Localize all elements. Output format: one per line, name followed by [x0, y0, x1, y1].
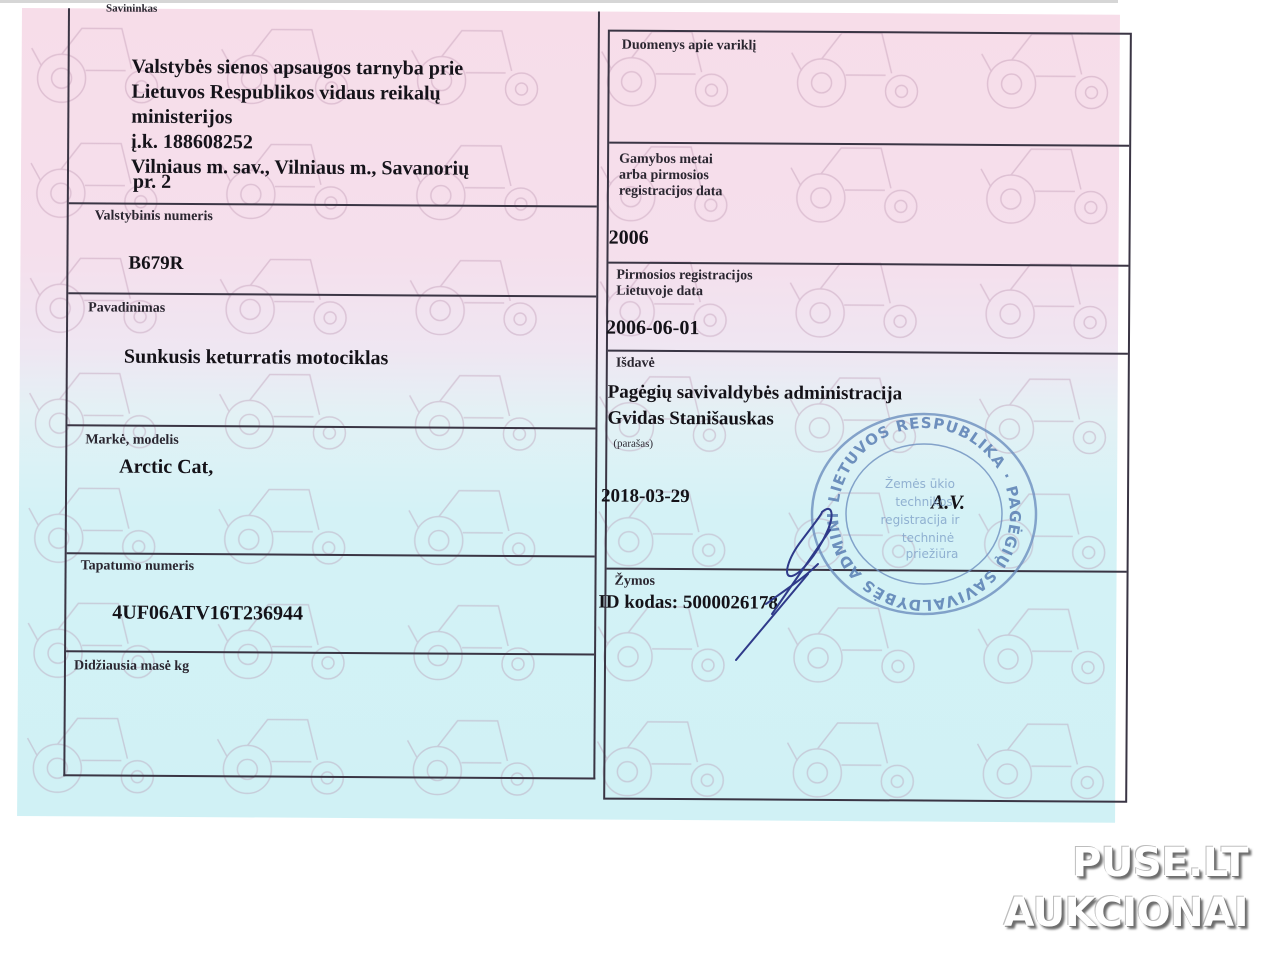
vin-field: Tapatumo numeris 4UF06ATV16T236944	[66, 554, 595, 655]
plate-field: Valstybinis numeris B679R	[68, 204, 597, 297]
vin-value: 4UF06ATV16T236944	[112, 601, 303, 627]
vin-label: Tapatumo numeris	[81, 558, 195, 575]
max-mass-field: Didžiausia masė kg	[65, 652, 594, 775]
owner-line: Lietuvos Respublikos vidaus reikalų	[131, 80, 469, 107]
owner-line: į.k. 188608252	[131, 130, 469, 157]
first-registration-field: Pirmosios registracijos Lietuvoje data 2…	[608, 264, 1129, 355]
watermark: PUSE.LT AUKCIONAI	[1004, 838, 1248, 938]
right-column: Duomenys apie variklį Gamybos metai arba…	[603, 30, 1132, 803]
issued-field: Išdavė Pagėgių savivaldybės administraci…	[607, 352, 1128, 573]
name-field: Pavadinimas Sunkusis keturratis motocikl…	[67, 294, 596, 429]
top-border	[0, 0, 1118, 3]
name-label: Pavadinimas	[88, 300, 165, 316]
manufacture-label: Gamybos metai arba pirmosios registracij…	[619, 152, 723, 201]
plate-label: Valstybinis numeris	[95, 208, 213, 225]
issuer-person: Gvidas Stanišauskas	[607, 406, 773, 432]
max-mass-label: Didžiausia masė kg	[74, 658, 189, 675]
plate-value: B679R	[128, 251, 183, 276]
engine-field: Duomenys apie variklį	[609, 32, 1130, 147]
issued-label: Išdavė	[616, 356, 655, 372]
issue-date: 2018-03-29	[601, 484, 690, 510]
seal-mark: A.V.	[931, 492, 965, 515]
watermark-line-2: AUKCIONAI	[1004, 888, 1248, 938]
notes-label: Žymos	[614, 574, 655, 590]
make-model-value: Arctic Cat,	[119, 455, 213, 481]
make-model-field: Markė, modelis Arctic Cat,	[67, 426, 596, 557]
owner-label: Savininkas	[106, 1, 157, 17]
manufacture-value: 2006	[609, 226, 649, 251]
owner-line: Valstybės sienos apsaugos tarnyba prie	[132, 55, 470, 82]
issuer-value: Pagėgių savivaldybės administracija	[608, 380, 903, 407]
first-registration-value: 2006-06-01	[606, 316, 699, 342]
signature-note: (parašas)	[613, 436, 653, 452]
registration-certificate: Savininkas Valstybinis numeris B679R Pav…	[17, 8, 1120, 823]
watermark-line-1: PUSE.LT	[1004, 838, 1248, 888]
engine-label: Duomenys apie variklį	[622, 38, 757, 55]
name-value: Sunkusis keturratis motociklas	[124, 345, 389, 372]
first-registration-label: Pirmosios registracijos Lietuvoje data	[616, 268, 752, 301]
make-model-label: Markė, modelis	[85, 432, 178, 449]
manufacture-field: Gamybos metai arba pirmosios registracij…	[608, 144, 1129, 267]
owner-line: Vilniaus m. sav., Vilniaus m., Savanorių	[131, 155, 469, 182]
owner-line: ministerijos	[131, 105, 469, 132]
notes-field: Žymos ID kodas: 5000026178	[605, 570, 1126, 799]
notes-value: ID kodas: 5000026178	[598, 590, 778, 616]
owner-value: Valstybės sienos apsaugos tarnyba prie L…	[131, 55, 470, 197]
